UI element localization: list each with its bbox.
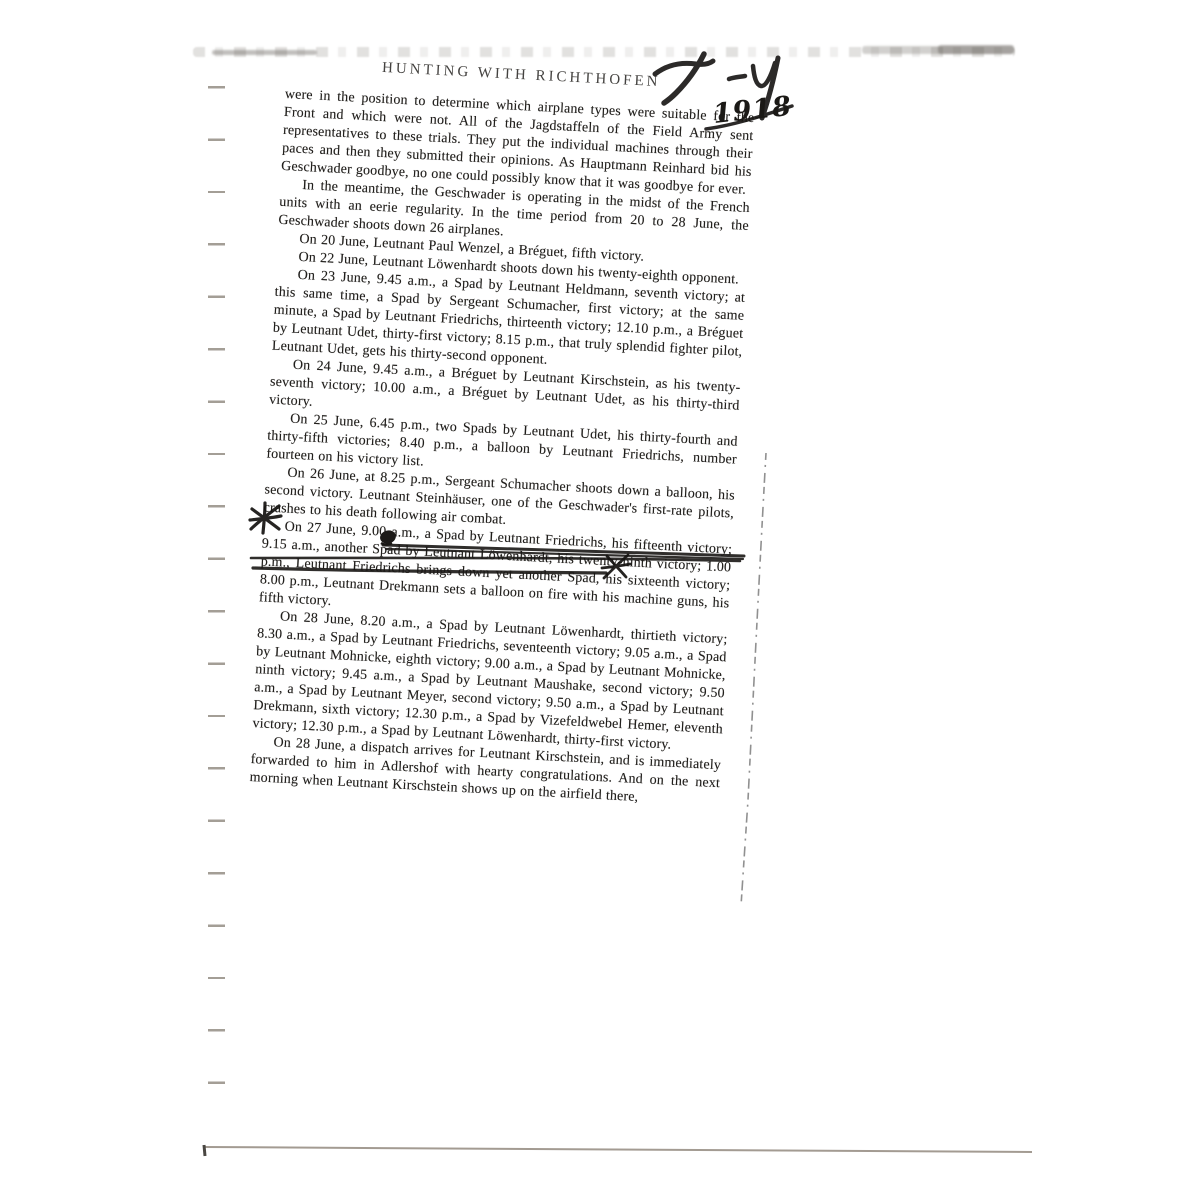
page-bottom-edge-line <box>204 1145 1032 1156</box>
scanned-document-page: { "document": { "header": "HUNTING WITH … <box>0 0 1200 1200</box>
crease-line <box>741 453 766 906</box>
photocopy-smudge-dark-corner <box>938 45 1014 54</box>
binder-hole-dashes <box>208 36 225 1098</box>
body-paragraph: On 28 June, 8.20 a.m., a Spad by Leutnan… <box>252 607 728 757</box>
text-column: HUNTING WITH RICHTHOFEN were in the posi… <box>249 54 756 811</box>
